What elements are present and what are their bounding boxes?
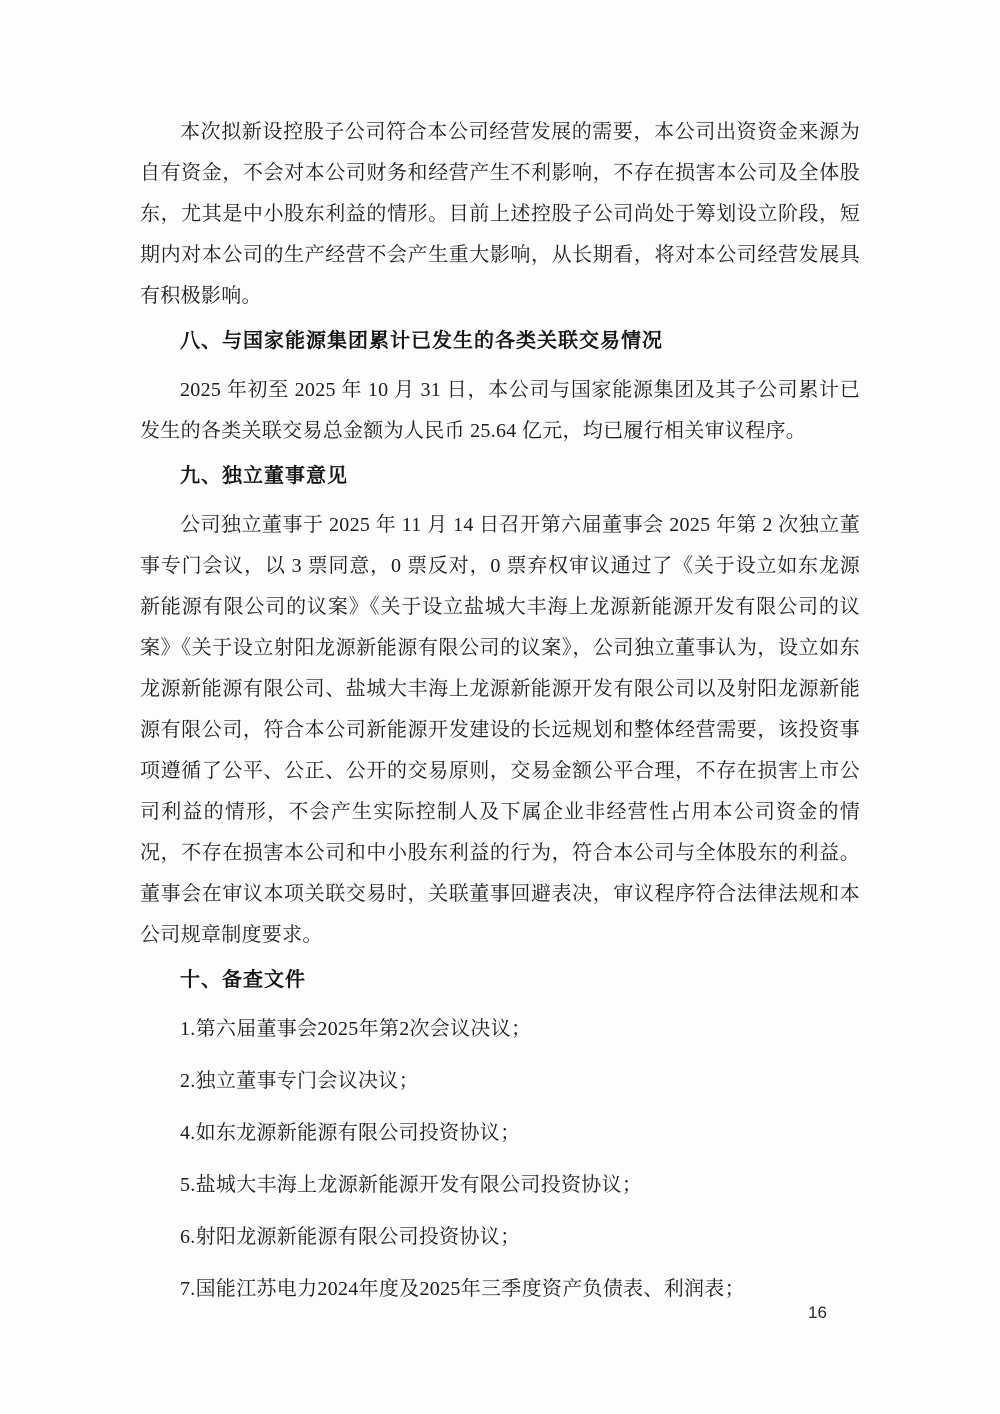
section-10-heading: 十、备查文件 xyxy=(140,960,860,1001)
section-9-heading: 九、独立董事意见 xyxy=(140,456,860,497)
section-8-paragraph: 2025 年初至 2025 年 10 月 31 日，本公司与国家能源集团及其子公… xyxy=(140,370,860,452)
intro-paragraph: 本次拟新设控股子公司符合本公司经营发展的需要，本公司出资资金来源为自有资金，不会… xyxy=(140,112,860,317)
list-item-rudong-agreement: 4.如东龙源新能源有限公司投资协议； xyxy=(140,1113,860,1154)
section-8-heading: 八、与国家能源集团累计已发生的各类关联交易情况 xyxy=(140,321,860,362)
page-number: 16 xyxy=(808,1303,827,1323)
list-item-sheyang-agreement: 6.射阳龙源新能源有限公司投资协议； xyxy=(140,1217,860,1258)
reference-documents-list: 1.第六届董事会2025年第2次会议决议； 2.独立董事专门会议决议； 4.如东… xyxy=(140,1009,860,1310)
list-item-independent-directors-resolution: 2.独立董事专门会议决议； xyxy=(140,1061,860,1102)
document-content: 本次拟新设控股子公司符合本公司经营发展的需要，本公司出资资金来源为自有资金，不会… xyxy=(140,112,860,1310)
document-page: 本次拟新设控股子公司符合本公司经营发展的需要，本公司出资资金来源为自有资金，不会… xyxy=(0,0,1000,1414)
list-item-yancheng-dafeng-agreement: 5.盐城大丰海上龙源新能源开发有限公司投资协议； xyxy=(140,1165,860,1206)
list-item-board-resolution: 1.第六届董事会2025年第2次会议决议； xyxy=(140,1009,860,1050)
list-item-financial-statements: 7.国能江苏电力2024年度及2025年三季度资产负债表、利润表； xyxy=(140,1269,860,1310)
section-9-paragraph: 公司独立董事于 2025 年 11 月 14 日召开第六届董事会 2025 年第… xyxy=(140,505,860,956)
